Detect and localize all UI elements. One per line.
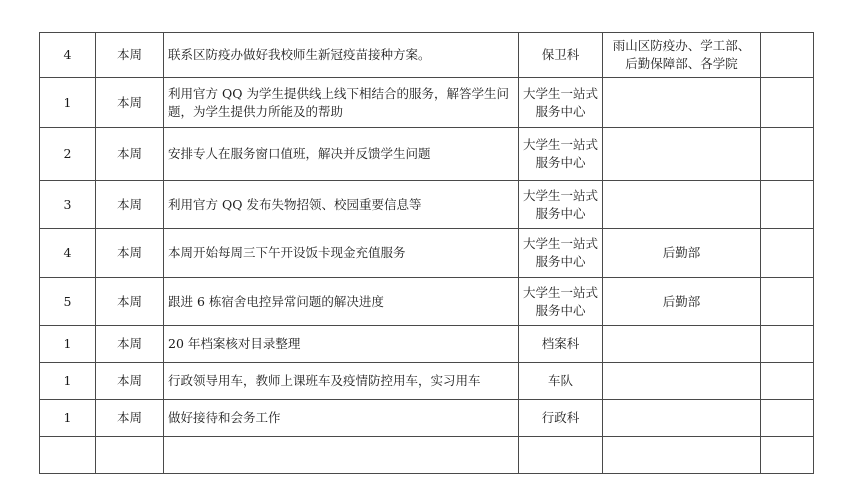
row-department bbox=[519, 437, 603, 474]
row-time: 本周 bbox=[96, 181, 164, 229]
row-time: 本周 bbox=[96, 128, 164, 181]
row-task: 利用官方 QQ 为学生提供线上线下相结合的服务，解答学生问题，为学生提供力所能及… bbox=[164, 78, 519, 128]
row-note bbox=[761, 78, 814, 128]
table-row: 1本周做好接待和会务工作行政科 bbox=[40, 400, 814, 437]
row-department: 大学生一站式服务中心 bbox=[519, 181, 603, 229]
row-note bbox=[761, 33, 814, 78]
table-row: 2本周安排专人在服务窗口值班，解决并反馈学生问题大学生一站式服务中心 bbox=[40, 128, 814, 181]
row-cooperating-departments bbox=[603, 326, 761, 363]
row-department: 大学生一站式服务中心 bbox=[519, 78, 603, 128]
row-note bbox=[761, 181, 814, 229]
table-row: 1本周行政领导用车，教师上课班车及疫情防控用车，实习用车车队 bbox=[40, 363, 814, 400]
row-task: 做好接待和会务工作 bbox=[164, 400, 519, 437]
row-department: 大学生一站式服务中心 bbox=[519, 278, 603, 326]
row-cooperating-departments bbox=[603, 437, 761, 474]
row-department: 车队 bbox=[519, 363, 603, 400]
row-note bbox=[761, 363, 814, 400]
table-row: 5本周跟进 6 栋宿舍电控异常问题的解决进度大学生一站式服务中心后勤部 bbox=[40, 278, 814, 326]
row-number: 1 bbox=[40, 363, 96, 400]
row-department: 大学生一站式服务中心 bbox=[519, 128, 603, 181]
row-number: 1 bbox=[40, 78, 96, 128]
row-time: 本周 bbox=[96, 78, 164, 128]
row-department: 大学生一站式服务中心 bbox=[519, 229, 603, 278]
row-time: 本周 bbox=[96, 400, 164, 437]
row-time: 本周 bbox=[96, 363, 164, 400]
row-task: 利用官方 QQ 发布失物招领、校园重要信息等 bbox=[164, 181, 519, 229]
row-task: 跟进 6 栋宿舍电控异常问题的解决进度 bbox=[164, 278, 519, 326]
row-cooperating-departments bbox=[603, 363, 761, 400]
row-task: 安排专人在服务窗口值班，解决并反馈学生问题 bbox=[164, 128, 519, 181]
row-cooperating-departments bbox=[603, 181, 761, 229]
row-note bbox=[761, 128, 814, 181]
table-row: 1本周利用官方 QQ 为学生提供线上线下相结合的服务，解答学生问题，为学生提供力… bbox=[40, 78, 814, 128]
row-number: 4 bbox=[40, 229, 96, 278]
row-note bbox=[761, 400, 814, 437]
row-department: 保卫科 bbox=[519, 33, 603, 78]
row-number: 3 bbox=[40, 181, 96, 229]
table-row: 4本周本周开始每周三下午开设饭卡现金充值服务大学生一站式服务中心后勤部 bbox=[40, 229, 814, 278]
row-number bbox=[40, 437, 96, 474]
row-time: 本周 bbox=[96, 229, 164, 278]
table-body: 4本周联系区防疫办做好我校师生新冠疫苗接种方案。保卫科雨山区防疫办、学工部、后勤… bbox=[40, 33, 814, 474]
row-number: 5 bbox=[40, 278, 96, 326]
row-cooperating-departments: 后勤部 bbox=[603, 278, 761, 326]
row-department: 行政科 bbox=[519, 400, 603, 437]
row-task: 本周开始每周三下午开设饭卡现金充值服务 bbox=[164, 229, 519, 278]
row-time: 本周 bbox=[96, 326, 164, 363]
row-task: 20 年档案核对目录整理 bbox=[164, 326, 519, 363]
row-task: 行政领导用车，教师上课班车及疫情防控用车，实习用车 bbox=[164, 363, 519, 400]
work-plan-table: 4本周联系区防疫办做好我校师生新冠疫苗接种方案。保卫科雨山区防疫办、学工部、后勤… bbox=[39, 32, 814, 474]
row-note bbox=[761, 326, 814, 363]
table-row: 1本周20 年档案核对目录整理档案科 bbox=[40, 326, 814, 363]
row-department: 档案科 bbox=[519, 326, 603, 363]
row-number: 2 bbox=[40, 128, 96, 181]
row-number: 1 bbox=[40, 400, 96, 437]
row-cooperating-departments: 后勤部 bbox=[603, 229, 761, 278]
table-row: 4本周联系区防疫办做好我校师生新冠疫苗接种方案。保卫科雨山区防疫办、学工部、后勤… bbox=[40, 33, 814, 78]
row-note bbox=[761, 278, 814, 326]
row-note bbox=[761, 437, 814, 474]
table-row bbox=[40, 437, 814, 474]
row-number: 4 bbox=[40, 33, 96, 78]
row-number: 1 bbox=[40, 326, 96, 363]
row-cooperating-departments: 雨山区防疫办、学工部、后勤保障部、各学院 bbox=[603, 33, 761, 78]
row-task bbox=[164, 437, 519, 474]
row-task: 联系区防疫办做好我校师生新冠疫苗接种方案。 bbox=[164, 33, 519, 78]
row-time: 本周 bbox=[96, 278, 164, 326]
row-cooperating-departments bbox=[603, 78, 761, 128]
row-cooperating-departments bbox=[603, 400, 761, 437]
row-note bbox=[761, 229, 814, 278]
row-time bbox=[96, 437, 164, 474]
table-row: 3本周利用官方 QQ 发布失物招领、校园重要信息等大学生一站式服务中心 bbox=[40, 181, 814, 229]
row-time: 本周 bbox=[96, 33, 164, 78]
row-cooperating-departments bbox=[603, 128, 761, 181]
